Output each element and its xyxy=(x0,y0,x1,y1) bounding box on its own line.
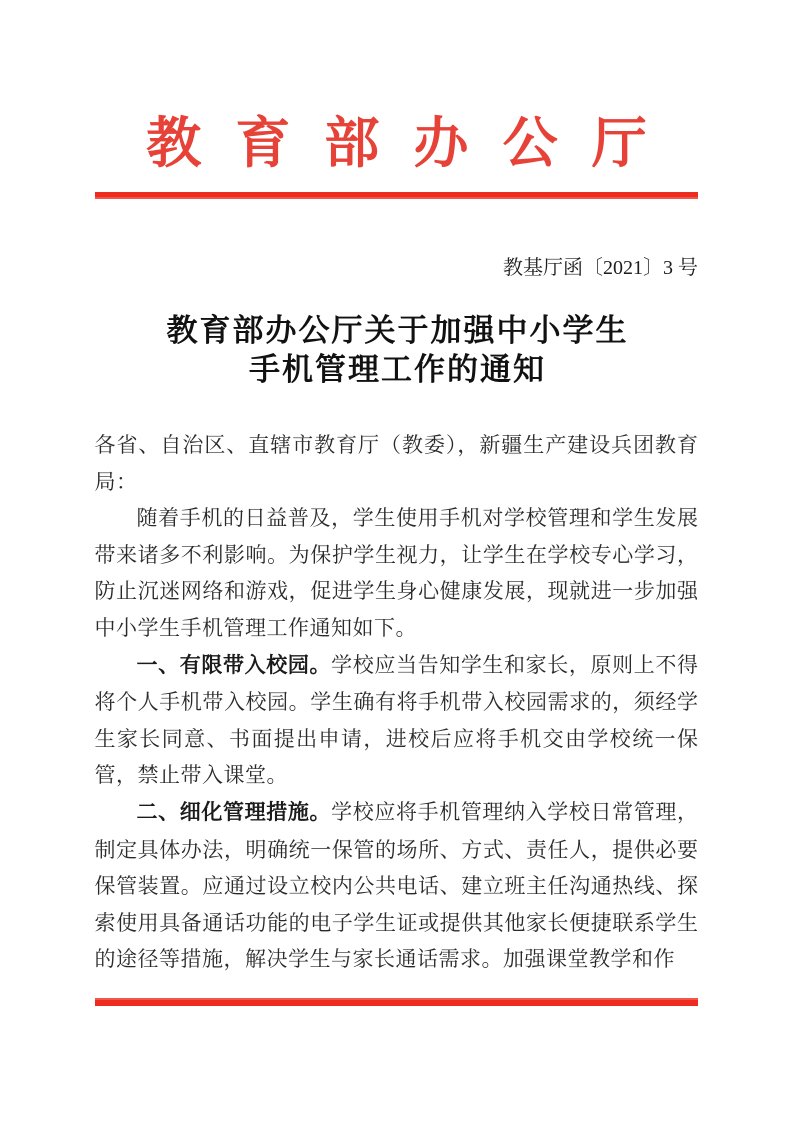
section-2-heading: 二、细化管理措施。 xyxy=(137,801,332,824)
footer-double-rule xyxy=(95,998,698,1006)
section-2-paragraph: 二、细化管理措施。学校应将手机管理纳入学校日常管理，制定具体办法，明确统一保管的… xyxy=(95,794,699,978)
document-number: 教基厅函〔2021〕3 号 xyxy=(95,253,698,283)
notice-title-line1: 教育部办公厅关于加强中小学生 xyxy=(0,311,793,350)
document-body: 各省、自治区、直辖市教育厅（教委），新疆生产建设兵团教育局： 随着手机的日益普及… xyxy=(95,427,699,978)
section-1-paragraph: 一、有限带入校园。学校应当告知学生和家长，原则上不得将个人手机带入校园。学生确有… xyxy=(95,647,699,794)
document-page: 教育部办公厅 教基厅函〔2021〕3 号 教育部办公厅关于加强中小学生 手机管理… xyxy=(0,0,793,1122)
header-double-rule xyxy=(95,192,698,199)
notice-title-line2: 手机管理工作的通知 xyxy=(0,350,793,389)
intro-paragraph: 随着手机的日益普及，学生使用手机对学校管理和学生发展带来诸多不利影响。为保护学生… xyxy=(95,500,699,646)
section-1-heading: 一、有限带入校园。 xyxy=(137,654,332,677)
letterhead-title: 教育部办公厅 xyxy=(0,112,793,176)
notice-title: 教育部办公厅关于加强中小学生 手机管理工作的通知 xyxy=(0,311,793,389)
section-2-text: 学校应将手机管理纳入学校日常管理，制定具体办法，明确统一保管的场所、方式、责任人… xyxy=(95,800,699,971)
salutation: 各省、自治区、直辖市教育厅（教委），新疆生产建设兵团教育局： xyxy=(95,427,699,500)
